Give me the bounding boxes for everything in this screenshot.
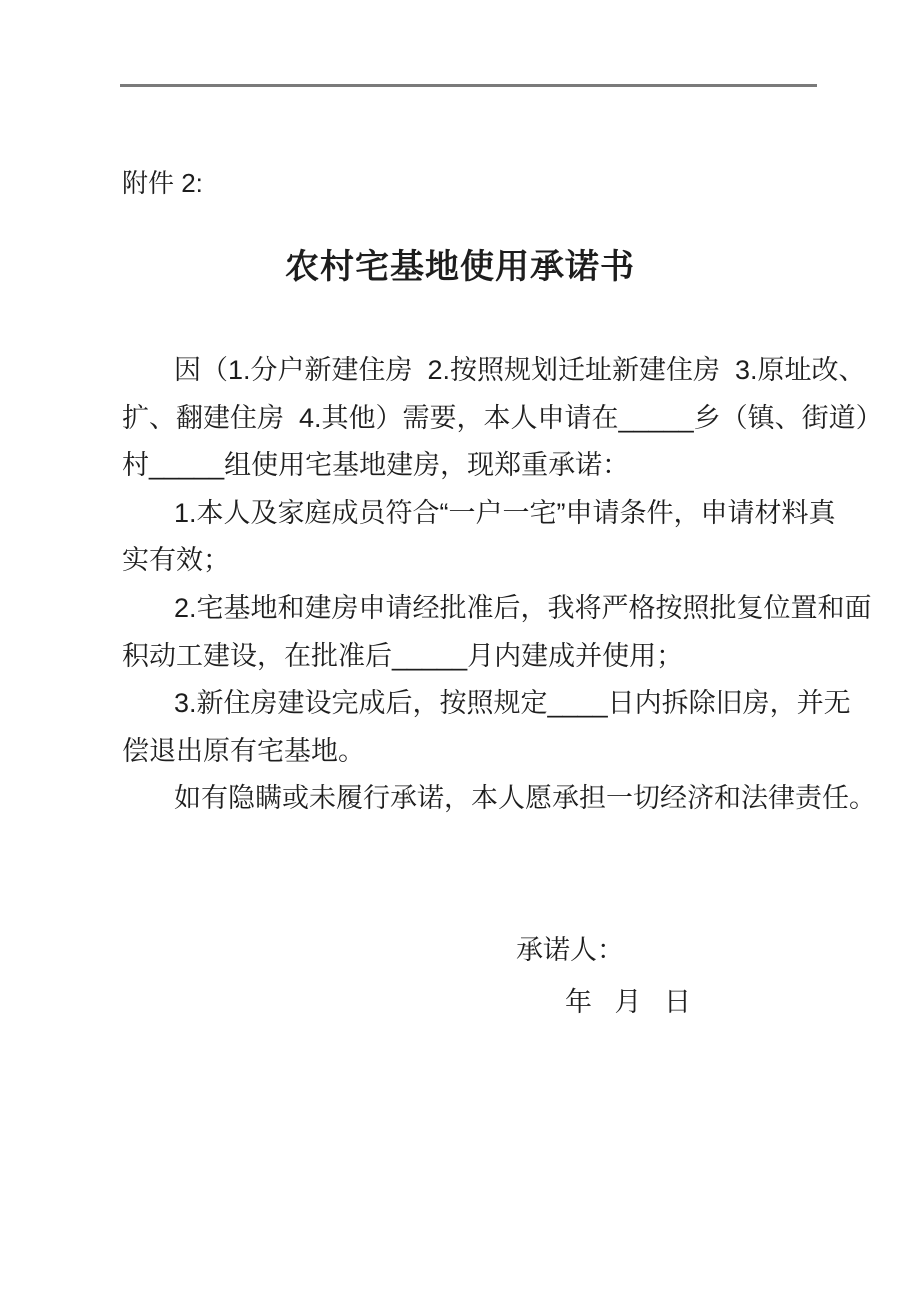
body-line-village-blank: 村_____组使用宅基地建房，现郑重承诺： [122,442,902,490]
body-line-item3-cont: 偿退出原有宅基地。 [122,728,902,776]
document-page: 附件 2: 农村宅基地使用承诺书 因（1.分户新建住房 2.按照规划迁址新建住房… [0,0,920,1302]
body-line-item2: 2.宅基地和建房申请经批准后，我将严格按照批复位置和面 [122,585,902,633]
document-body: 因（1.分户新建住房 2.按照规划迁址新建住房 3.原址改、 扩、翻建住房 4.… [122,347,902,823]
page-title: 农村宅基地使用承诺书 [111,246,809,288]
body-line-item1: 1.本人及家庭成员符合“一户一宅”申请条件，申请材料真 [122,490,902,538]
body-line-item2-cont: 积动工建设，在批准后_____月内建成并使用； [122,633,902,681]
body-line-item3: 3.新住房建设完成后，按照规定____日内拆除旧房，并无 [122,680,902,728]
body-line-item1-cont: 实有效； [122,537,902,585]
header-rule [120,84,817,87]
signature-date-line: 年 月 日 [565,984,691,1020]
body-line-liability: 如有隐瞒或未履行承诺，本人愿承担一切经济和法律责任。 [122,775,902,823]
attachment-label: 附件 2: [122,166,203,200]
body-line-township-blank: 扩、翻建住房 4.其他）需要，本人申请在_____乡（镇、街道） [122,395,902,443]
body-line-reasons: 因（1.分户新建住房 2.按照规划迁址新建住房 3.原址改、 [122,347,902,395]
signer-label: 承诺人： [516,932,624,968]
